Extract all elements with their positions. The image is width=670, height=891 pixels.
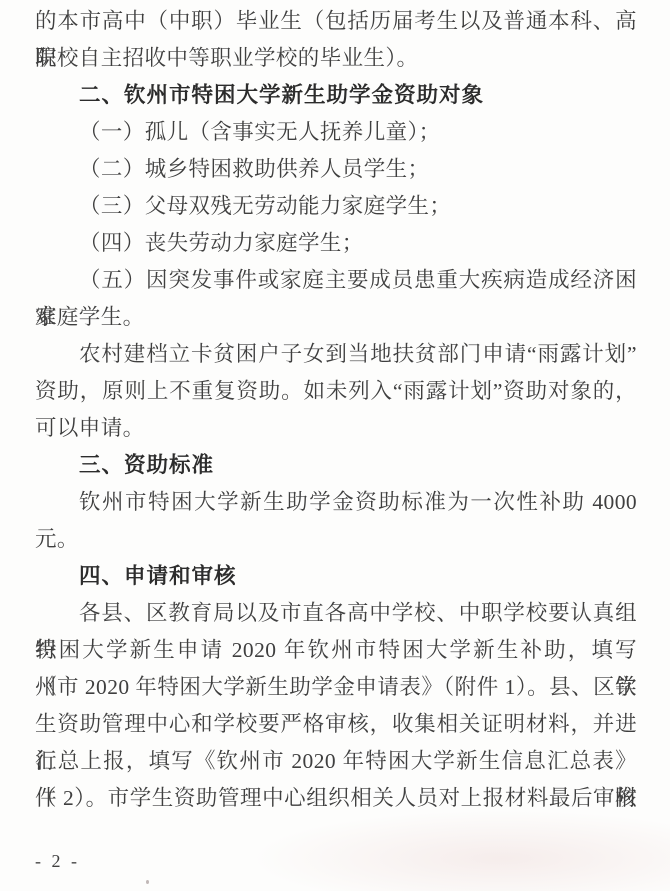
document-body: 的本市高中（中职）毕业生（包括历届考生以及普通本科、高职院校自主招收中等职业学校… xyxy=(35,3,637,817)
text-line: 的本市高中（中职）毕业生（包括历届考生以及普通本科、高职 xyxy=(35,3,637,40)
text-line: 资助，原则上不重复资助。如未列入“雨露计划”资助对象的， xyxy=(35,373,637,410)
text-line: 钦州市特困大学新生助学金资助标准为一次性补助 4000 xyxy=(35,484,637,521)
paragraph: 各县、区教育局以及市直各高中学校、中职学校要认真组织特困大学新生申请 2020 … xyxy=(35,595,637,817)
scan-dot-artifact xyxy=(146,880,149,884)
paragraph: 农村建档立卡贫困户子女到当地扶贫部门申请“雨露计划”资助，原则上不重复资助。如未… xyxy=(35,336,637,447)
text-line: （三）父母双残无劳动能力家庭学生； xyxy=(35,188,637,225)
paragraph: （五）因突发事件或家庭主要成员患重大疾病造成经济困难家庭学生。 xyxy=(35,262,637,336)
text-line: 家庭学生。 xyxy=(35,299,637,336)
text-line: 可以申请。 xyxy=(35,410,637,447)
section-heading: 三、资助标准 xyxy=(35,447,637,484)
paragraph: （三）父母双残无劳动能力家庭学生； xyxy=(35,188,637,225)
text-line: 元。 xyxy=(35,521,637,558)
text-line: 院校自主招收中等职业学校的毕业生）。 xyxy=(35,40,637,77)
text-line: （四）丧失劳动力家庭学生； xyxy=(35,225,637,262)
paragraph: （四）丧失劳动力家庭学生； xyxy=(35,225,637,262)
text-line: 二、钦州市特困大学新生助学金资助对象 xyxy=(35,77,637,114)
text-line: 农村建档立卡贫困户子女到当地扶贫部门申请“雨露计划” xyxy=(35,336,637,373)
page-number: - 2 - xyxy=(35,849,80,873)
document-page: { "page": { "background_color": "#fdfdfc… xyxy=(0,0,670,891)
text-line: （五）因突发事件或家庭主要成员患重大疾病造成经济困难 xyxy=(35,262,637,299)
text-line: 三、资助标准 xyxy=(35,447,637,484)
text-line: 件 2）。市学生资助管理中心组织相关人员对上报材料最后审核 xyxy=(35,780,637,817)
paragraph: （一）孤儿（含事实无人抚养儿童）； xyxy=(35,114,637,151)
section-heading: 四、申请和审核 xyxy=(35,558,637,595)
section-heading: 二、钦州市特困大学新生助学金资助对象 xyxy=(35,77,637,114)
text-line: （一）孤儿（含事实无人抚养儿童）； xyxy=(35,114,637,151)
text-line: 生资助管理中心和学校要严格审核，收集相关证明材料，并进行 xyxy=(35,706,637,743)
text-line: 特困大学新生申请 2020 年钦州市特困大学新生补助，填写《钦 xyxy=(35,632,637,669)
text-line: 州市 2020 年特困大学新生助学金申请表》（附件 1）。县、区学 xyxy=(35,669,637,706)
scan-smudge-artifact xyxy=(250,810,670,891)
text-line: 四、申请和审核 xyxy=(35,558,637,595)
paragraph: 钦州市特困大学新生助学金资助标准为一次性补助 4000元。 xyxy=(35,484,637,558)
text-line: 各县、区教育局以及市直各高中学校、中职学校要认真组织 xyxy=(35,595,637,632)
paragraph: 的本市高中（中职）毕业生（包括历届考生以及普通本科、高职院校自主招收中等职业学校… xyxy=(35,3,637,77)
text-line: （二）城乡特困救助供养人员学生； xyxy=(35,151,637,188)
text-line: 汇总上报，填写《钦州市 2020 年特困大学新生信息汇总表》（附 xyxy=(35,743,637,780)
paragraph: （二）城乡特困救助供养人员学生； xyxy=(35,151,637,188)
